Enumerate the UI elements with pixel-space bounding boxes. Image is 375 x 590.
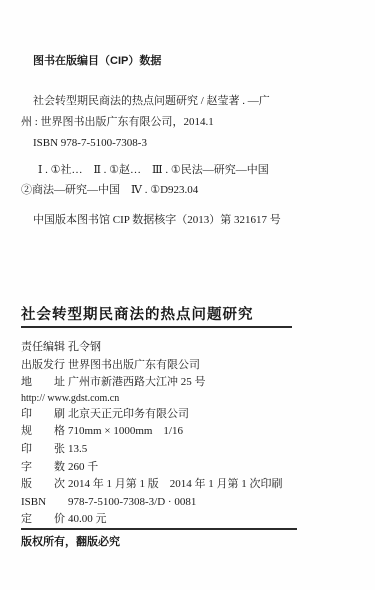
colophon-label: 规 格: [21, 423, 68, 441]
cip-classification-line: Ⅰ . ①社… Ⅱ . ①赵… Ⅲ . ①民法—研究—中国: [21, 160, 357, 180]
colophon-label: 定 价: [21, 511, 68, 529]
colophon-label: 责任编辑: [21, 339, 68, 357]
colophon-block: 责任编辑孔令钢 出版发行世界图书出版广东有限公司 地 址广州市新港西路大江冲 2…: [21, 339, 361, 529]
book-title: 社会转型期民商法的热点问题研究: [21, 303, 254, 324]
colophon-label: 印 刷: [21, 406, 68, 424]
cip-record-line: 社会转型期民商法的热点问题研究 / 赵莹著 . —广: [21, 91, 357, 112]
colophon-value: 978-7-5100-7308-3/D · 0081: [68, 496, 196, 508]
publisher-website-url: http:// www.gdst.com.cn: [21, 392, 361, 406]
colophon-value: 710mm × 1000mm 1/16: [68, 425, 183, 437]
colophon-value: 13.5: [68, 443, 87, 455]
colophon-value: 广州市新港西路大江冲 25 号: [68, 376, 206, 388]
colophon-row-isbn: ISBN978-7-5100-7308-3/D · 0081: [21, 494, 361, 512]
colophon-row-sheets: 印 张13.5: [21, 441, 361, 459]
colophon-row-price: 定 价40.00 元: [21, 511, 361, 529]
colophon-label: ISBN: [21, 494, 68, 512]
colophon-label: 印 张: [21, 441, 68, 459]
colophon-value: 孔令钢: [68, 341, 101, 353]
colophon-label: 版 次: [21, 476, 68, 494]
colophon-value: 北京天正元印务有限公司: [68, 408, 189, 420]
cip-isbn-line: ISBN 978-7-5100-7308-3: [21, 133, 357, 154]
cip-data-block: 图书在版编目（CIP）数据 社会转型期民商法的热点问题研究 / 赵莹著 . —广…: [21, 54, 357, 230]
cip-heading: 图书在版编目（CIP）数据: [21, 54, 357, 69]
colophon-row-edition: 版 次2014 年 1 月第 1 版 2014 年 1 月第 1 次印刷: [21, 476, 361, 494]
colophon-row-editor: 责任编辑孔令钢: [21, 339, 361, 357]
footer-divider-rule: [21, 528, 297, 530]
colophon-value: 40.00 元: [68, 513, 107, 525]
colophon-label: 地 址: [21, 374, 68, 392]
title-divider-rule: [21, 326, 292, 328]
colophon-value: 2014 年 1 月第 1 版 2014 年 1 月第 1 次印刷: [68, 478, 283, 490]
cip-registry-line: 中国版本图书馆 CIP 数据核字（2013）第 321617 号: [21, 210, 357, 230]
colophon-row-publisher: 出版发行世界图书出版广东有限公司: [21, 357, 361, 375]
colophon-value: 世界图书出版广东有限公司: [68, 359, 200, 371]
colophon-row-printer: 印 刷北京天正元印务有限公司: [21, 406, 361, 424]
copyright-notice: 版权所有，翻版必究: [21, 533, 120, 549]
colophon-row-format: 规 格710mm × 1000mm 1/16: [21, 423, 361, 441]
colophon-row-address: 地 址广州市新港西路大江冲 25 号: [21, 374, 361, 392]
colophon-value: 260 千: [68, 461, 98, 473]
book-copyright-page: 图书在版编目（CIP）数据 社会转型期民商法的热点问题研究 / 赵莹著 . —广…: [0, 0, 375, 590]
colophon-row-wordcount: 字 数260 千: [21, 459, 361, 477]
cip-record-line: 州 : 世界图书出版广东有限公司，2014.1: [21, 112, 357, 133]
colophon-label: 字 数: [21, 459, 68, 477]
colophon-label: 出版发行: [21, 357, 68, 375]
cip-classification-line: ②商法—研究—中国 Ⅳ . ①D923.04: [21, 180, 357, 200]
